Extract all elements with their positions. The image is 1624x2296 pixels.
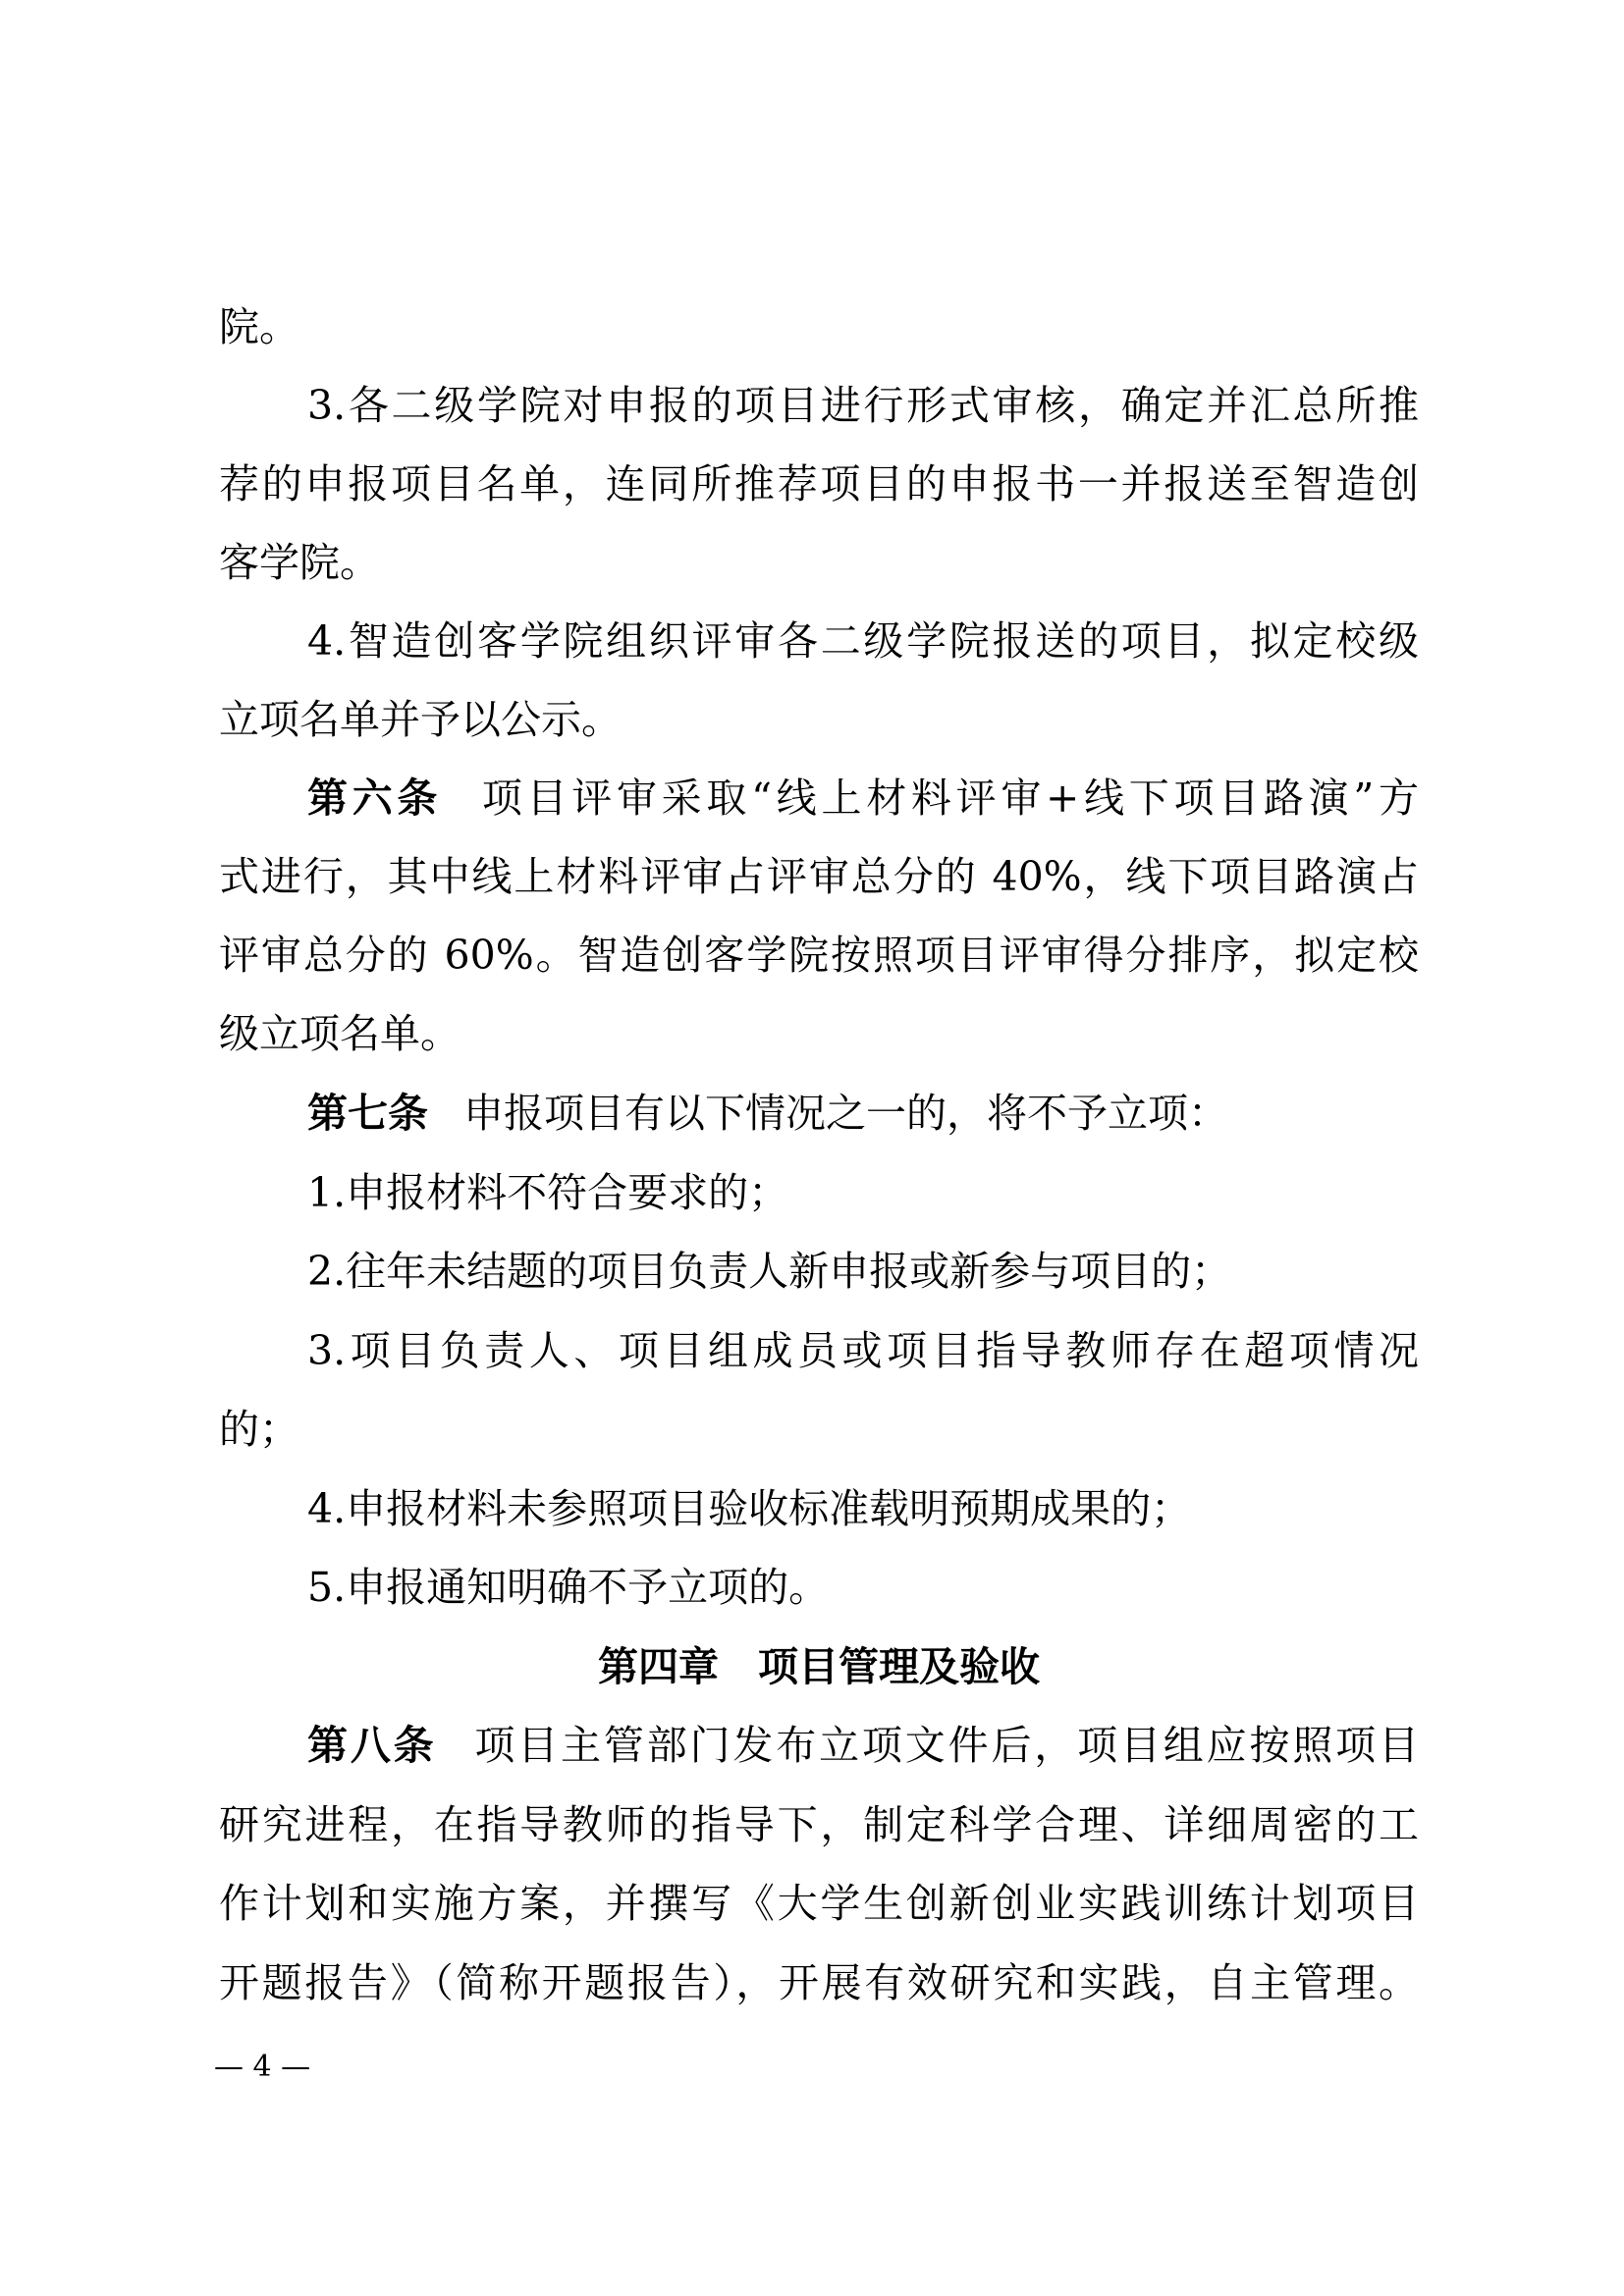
- list-item-3: 3.项目负责人、项目组成员或项目指导教师存在超项情况: [219, 1311, 1419, 1390]
- paragraph-line: 研究进程，在指导教师的指导下，制定科学合理、详细周密的工: [219, 1786, 1419, 1864]
- article-6: 第六条项目评审采取“线上材料评审+线下项目路演”方: [219, 759, 1419, 837]
- paragraph-line: 立项名单并予以公示。: [219, 680, 1419, 759]
- page-number: — 4 —: [214, 2050, 310, 2084]
- paragraph-line: 客学院。: [219, 523, 1419, 602]
- paragraph-line: 级立项名单。: [219, 994, 1419, 1073]
- article-label: 第八条: [307, 1722, 437, 1769]
- article-label: 第六条: [307, 774, 442, 822]
- article-7: 第七条申报项目有以下情况之一的，将不予立项：: [219, 1074, 1419, 1152]
- paragraph-line: 评审总分的 60%。智造创客学院按照项目评审得分排序，拟定校: [219, 916, 1419, 994]
- paragraph-line: 的；: [219, 1390, 1419, 1468]
- article-label: 第七条: [307, 1090, 428, 1137]
- paragraph-line: 院。: [219, 288, 1419, 366]
- paragraph-line: 式进行，其中线上材料评审占评审总分的 40%，线下项目路演占: [219, 837, 1419, 916]
- chapter-title: 项目管理及验收: [758, 1643, 1040, 1690]
- chapter-heading: 第四章项目管理及验收: [219, 1628, 1419, 1706]
- article-text: 项目评审采取“线上材料评审+线下项目路演”方: [477, 774, 1419, 822]
- list-item-4: 4.申报材料未参照项目验收标准载明预期成果的；: [219, 1469, 1419, 1548]
- article-8: 第八条项目主管部门发布立项文件后，项目组应按照项目: [219, 1706, 1419, 1785]
- list-item-5: 5.申报通知明确不予立项的。: [219, 1548, 1419, 1627]
- article-text: 申报项目有以下情况之一的，将不予立项：: [463, 1090, 1228, 1137]
- paragraph-line: 荐的申报项目名单，连同所推荐项目的申报书一并报送至智造创: [219, 445, 1419, 523]
- document-page: 院。 3.各二级学院对申报的项目进行形式审核，确定并汇总所推 荐的申报项目名单，…: [0, 0, 1624, 2296]
- paragraph-line: 作计划和实施方案，并撰写《大学生创新创业实践训练计划项目: [219, 1864, 1419, 1943]
- list-item-2: 2.往年未结题的项目负责人新申报或新参与项目的；: [219, 1232, 1419, 1310]
- chapter-number: 第四章: [598, 1643, 719, 1690]
- list-item-3: 3.各二级学院对申报的项目进行形式审核，确定并汇总所推: [219, 366, 1419, 445]
- paragraph-line: 开题报告》（简称开题报告），开展有效研究和实践，自主管理。: [219, 1944, 1419, 2022]
- list-item-1: 1.申报材料不符合要求的；: [219, 1153, 1419, 1232]
- list-item-4: 4.智造创客学院组织评审各二级学院报送的项目，拟定校级: [219, 602, 1419, 680]
- article-text: 项目主管部门发布立项文件后，项目组应按照项目: [472, 1722, 1419, 1769]
